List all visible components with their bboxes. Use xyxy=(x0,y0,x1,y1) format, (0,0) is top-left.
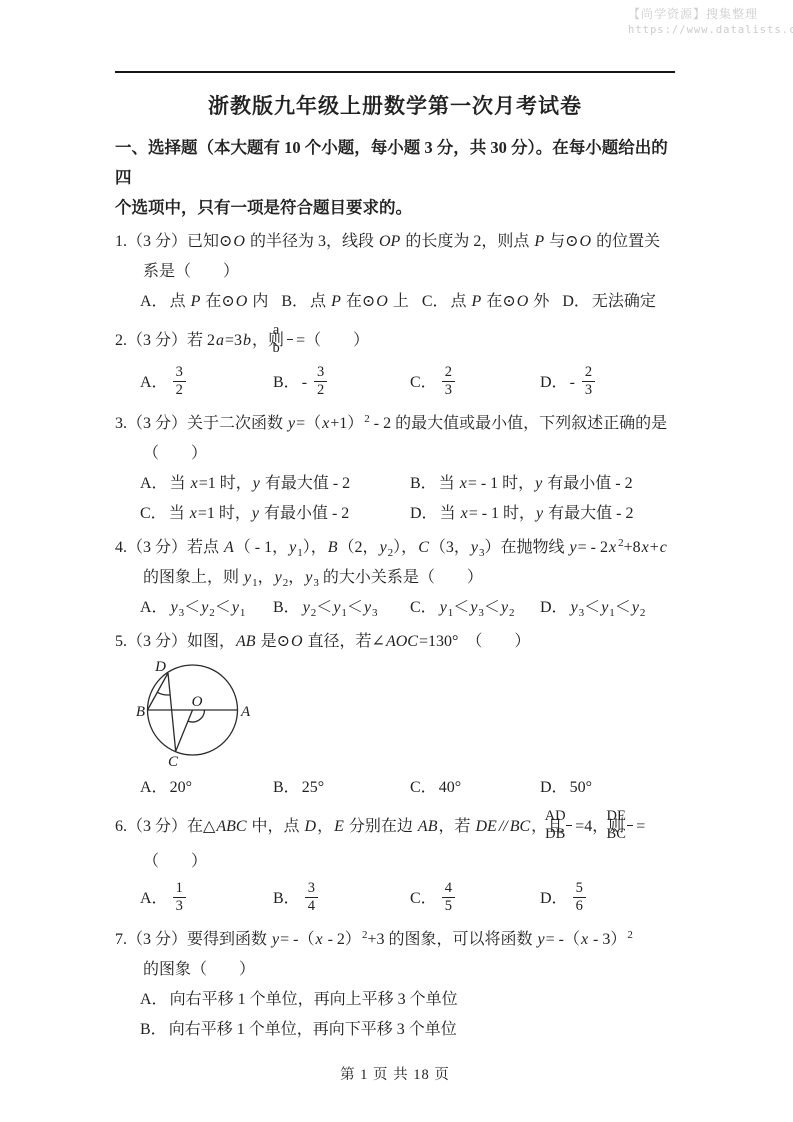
math-var: B xyxy=(328,539,338,556)
fraction-numerator: 1 xyxy=(173,881,186,898)
math-var: AB xyxy=(418,818,438,835)
text-run: （3， xyxy=(430,539,470,556)
math-var: AB xyxy=(236,633,256,650)
option-item: A．13 xyxy=(140,883,273,916)
question-item: 1.（3 分）已知⊙O 的半径为 3，线段 OP 的长度为 2，则点 P 与⊙O… xyxy=(115,227,675,317)
exam-scan-page: { "colors": { "text": "#222222", "waterm… xyxy=(0,0,793,1122)
text-run: =1 时， xyxy=(199,475,252,492)
text-run: 中，点 xyxy=(248,818,304,835)
math-var: OP xyxy=(379,233,400,250)
fraction-numerator: 2 xyxy=(582,365,595,382)
text-run: ＜ xyxy=(215,599,231,616)
fraction-denominator: 3 xyxy=(173,898,186,914)
subscript: 3 xyxy=(372,607,378,619)
math-var: x xyxy=(322,415,329,432)
text-run: ＜ xyxy=(453,599,469,616)
math-var: y xyxy=(305,569,312,586)
question-line: 5.（3 分）如图，AB 是⊙O 直径，若∠AOC=130° （ ） xyxy=(115,627,675,657)
text-run: 的位置关 xyxy=(592,233,660,250)
subscript: 2 xyxy=(509,607,515,619)
math-var: y xyxy=(333,599,340,616)
math-var: DE xyxy=(475,818,496,835)
text-run: ＜ xyxy=(615,599,631,616)
question-item: 2.（3 分）若 2a=3b，则ab=（ ）A．32B．- 32C．23D．- … xyxy=(115,321,675,405)
figure-label-C: C xyxy=(168,754,179,770)
text-run: - xyxy=(570,374,579,391)
fraction-denominator: 5 xyxy=(442,898,455,914)
text-run: （3 分）在△ xyxy=(127,818,215,835)
question-line: 1.（3 分）已知⊙O 的半径为 3，线段 OP 的长度为 2，则点 P 与⊙O… xyxy=(115,227,675,257)
option-label: D． xyxy=(540,599,568,616)
math-var: x xyxy=(642,539,649,556)
text-run: 向右平移 1 个单位，再向下平移 3 个单位 xyxy=(169,1021,457,1038)
page-number-footer: 第 1 页 共 18 页 xyxy=(115,1063,675,1084)
figure-label-D: D xyxy=(154,659,166,675)
option-item: B．34 xyxy=(273,883,410,916)
header-rule xyxy=(115,71,675,73)
option-label: C． xyxy=(410,890,437,907)
math-var: BC xyxy=(510,818,530,835)
math-var: P xyxy=(472,293,482,310)
math-var: y xyxy=(232,599,239,616)
text-run: 点 xyxy=(451,293,471,310)
text-run: 上 xyxy=(389,293,409,310)
question-number: 2. xyxy=(115,332,127,349)
text-run: 有最小值 - 2 xyxy=(260,505,349,522)
text-run: ， xyxy=(258,569,274,586)
math-var: P xyxy=(534,233,544,250)
text-run: （ ） xyxy=(143,853,207,870)
section-heading-line2: 个选项中，只有一项是符合题目要求的。 xyxy=(115,193,675,223)
option-item: B．- 32 xyxy=(273,367,410,400)
options-row: A．32B．- 32C．23D．- 23 xyxy=(115,361,675,405)
text-run: （ - 1， xyxy=(235,539,288,556)
option-item: B．当 x= - 1 时，y 有最小值 - 2 xyxy=(410,469,633,499)
chord-BD-line xyxy=(148,673,169,710)
option-label: A． xyxy=(140,779,168,796)
option-item: B．点 P 在⊙O 上 xyxy=(281,287,408,317)
math-var: y xyxy=(471,539,478,556)
options-row: A．向右平移 1 个单位，再向上平移 3 个单位 xyxy=(115,985,675,1015)
option-label: A． xyxy=(140,374,168,391)
figure-label-O: O xyxy=(192,694,203,710)
subscript: 2 xyxy=(640,607,646,619)
fraction-numerator: 3 xyxy=(305,881,318,898)
question-line: 4.（3 分）若点 A（ - 1，y1），B（2，y2），C（3，y3）在抛物线… xyxy=(115,533,675,563)
text-run: + xyxy=(650,539,659,556)
question5-circle-figure: D B A C O xyxy=(133,659,675,773)
math-var: y xyxy=(272,931,279,948)
question-line: 2.（3 分）若 2a=3b，则ab=（ ） xyxy=(115,321,675,361)
text-run: 的半径为 3，线段 xyxy=(246,233,378,250)
question-number: 5. xyxy=(115,633,127,650)
text-run: 外 xyxy=(529,293,549,310)
option-item: B．向右平移 1 个单位，再向下平移 3 个单位 xyxy=(140,1021,457,1038)
text-run: （3 分）关于二次函数 xyxy=(127,415,287,432)
option-item: B．25° xyxy=(273,773,410,803)
question-item: 5.（3 分）如图，AB 是⊙O 直径，若∠AOC=130° （ ） D B A… xyxy=(115,627,675,803)
option-label: B． xyxy=(273,374,300,391)
question-number: 4. xyxy=(115,539,127,556)
circle-diagram: D B A C O xyxy=(133,659,257,773)
math-var: C xyxy=(418,539,429,556)
question-number: 3. xyxy=(115,415,127,432)
math-var: P xyxy=(191,293,201,310)
math-var: y xyxy=(571,599,578,616)
text-run: ＜ xyxy=(347,599,363,616)
option-label: D． xyxy=(540,374,568,391)
text-run: （3 分）要得到函数 xyxy=(127,931,271,948)
option-item: A．20° xyxy=(140,773,273,803)
math-var: c xyxy=(660,539,667,556)
fraction-numerator: AD xyxy=(566,809,572,826)
option-item: D．y3＜y1＜y2 xyxy=(540,593,645,623)
math-var: O xyxy=(233,233,245,250)
fraction: ADDB xyxy=(566,809,572,842)
option-item: C．y1＜y3＜y2 xyxy=(410,593,540,623)
math-var: x xyxy=(190,505,197,522)
option-label: A． xyxy=(140,293,168,310)
text-run: 20° xyxy=(170,779,192,796)
question-line: 系是（ ） xyxy=(115,257,675,287)
math-var: y xyxy=(470,599,477,616)
math-var: x xyxy=(609,539,616,556)
text-run: （3 分）若 2 xyxy=(127,332,215,349)
math-var: P xyxy=(331,293,341,310)
question-line: 的图象上，则 y1，y2，y3 的大小关系是（ ） xyxy=(115,563,675,593)
math-var: y xyxy=(253,475,260,492)
math-var: x xyxy=(581,931,588,948)
option-item: A．32 xyxy=(140,367,273,400)
text-run: 有最小值 - 2 xyxy=(543,475,632,492)
text-run: 在⊙ xyxy=(342,293,375,310)
fraction-denominator: b xyxy=(287,340,293,356)
option-label: B． xyxy=(273,779,300,796)
text-run: 在⊙ xyxy=(482,293,515,310)
option-label: B． xyxy=(410,475,437,492)
fraction-numerator: 2 xyxy=(442,365,455,382)
text-run: +3 的图象，可以将函数 xyxy=(367,931,536,948)
math-var: y xyxy=(440,599,447,616)
text-run: +1） xyxy=(330,415,363,432)
text-run: 的长度为 2，则点 xyxy=(401,233,533,250)
option-item: D．56 xyxy=(540,883,589,916)
radius-OC-line xyxy=(176,710,193,751)
fraction-numerator: 3 xyxy=(314,365,327,382)
option-label: C． xyxy=(410,779,437,796)
figure-label-B: B xyxy=(136,704,145,720)
text-run: ）， xyxy=(393,539,417,556)
text-run: 向右平移 1 个单位，再向上平移 3 个单位 xyxy=(170,991,458,1008)
text-run: = -（ xyxy=(280,931,314,948)
fraction: 13 xyxy=(173,881,186,914)
question-line: 6.（3 分）在△ABC 中，点 D，E 分别在边 AB，若 DE//BC，且A… xyxy=(115,807,675,847)
option-item: A．向右平移 1 个单位，再向上平移 3 个单位 xyxy=(140,991,458,1008)
option-label: C． xyxy=(140,505,167,522)
fraction-denominator: 2 xyxy=(173,382,186,398)
text-run: ，若 xyxy=(438,818,474,835)
fraction-numerator: DE xyxy=(627,809,633,826)
text-run: 当 xyxy=(440,505,460,522)
text-run: ＜ xyxy=(184,599,200,616)
fraction: 45 xyxy=(442,881,455,914)
fraction: 32 xyxy=(173,365,186,398)
option-label: D． xyxy=(540,779,568,796)
text-run: 的图象上，则 xyxy=(143,569,243,586)
math-var: y xyxy=(171,599,178,616)
fraction-denominator: 6 xyxy=(573,898,586,914)
math-var: AOC xyxy=(386,633,418,650)
fraction: DEBC xyxy=(627,809,633,842)
question-list: 1.（3 分）已知⊙O 的半径为 3，线段 OP 的长度为 2，则点 P 与⊙O… xyxy=(115,227,675,1045)
option-item: A．点 P 在⊙O 内 xyxy=(140,287,268,317)
question-line: 7.（3 分）要得到函数 y= -（x - 2）2+3 的图象，可以将函数 y=… xyxy=(115,925,675,955)
question-item: 3.（3 分）关于二次函数 y=（x+1）2 - 2 的最大值或最小值，下列叙述… xyxy=(115,409,675,529)
math-var: O xyxy=(376,293,388,310)
option-label: D． xyxy=(410,505,438,522)
text-run: 点 xyxy=(310,293,330,310)
math-var: y xyxy=(244,569,251,586)
text-run: = - 1 时， xyxy=(469,505,535,522)
math-var: D xyxy=(305,818,317,835)
text-run: 在⊙ xyxy=(201,293,234,310)
math-var: // xyxy=(499,818,508,835)
math-var: y xyxy=(201,599,208,616)
math-var: E xyxy=(334,818,344,835)
fraction: ab xyxy=(287,323,293,356)
math-var: y xyxy=(289,539,296,556)
text-run: = -（ xyxy=(546,931,580,948)
text-run: - 2 的最大值或最小值，下列叙述正确的是 xyxy=(370,415,667,432)
option-item: A．y3＜y2＜y1 xyxy=(140,593,273,623)
math-var: y xyxy=(536,505,543,522)
option-label: B． xyxy=(273,599,300,616)
option-item: C．45 xyxy=(410,883,540,916)
text-run: 当 xyxy=(169,505,189,522)
text-run: ＜ xyxy=(484,599,500,616)
fraction-denominator: BC xyxy=(627,826,633,842)
exam-page-content: 浙教版九年级上册数学第一次月考试卷 一、选择题（本大题有 10 个小题，每小题 … xyxy=(115,0,675,1084)
option-label: B． xyxy=(273,890,300,907)
options-row: A．当 x=1 时，y 有最大值 - 2B．当 x= - 1 时，y 有最小值 … xyxy=(115,469,675,499)
text-run: ）在抛物线 xyxy=(484,539,568,556)
text-run: 有最大值 - 2 xyxy=(261,475,350,492)
text-run: - 2） xyxy=(324,931,361,948)
text-run: （3 分）已知⊙ xyxy=(127,233,232,250)
subscript: 1 xyxy=(240,607,246,619)
text-run: 内 xyxy=(248,293,268,310)
text-run: +8 xyxy=(624,539,641,556)
option-label: D． xyxy=(562,293,590,310)
math-var: O xyxy=(236,293,248,310)
text-run: （3 分）如图， xyxy=(127,633,235,650)
option-item: C．40° xyxy=(410,773,540,803)
math-var: x xyxy=(191,475,198,492)
fraction-numerator: 5 xyxy=(573,881,586,898)
question-item: 4.（3 分）若点 A（ - 1，y1），B（2，y2），C（3，y3）在抛物线… xyxy=(115,533,675,623)
option-item: D．当 x= - 1 时，y 有最大值 - 2 xyxy=(410,499,634,529)
option-label: B． xyxy=(140,1021,167,1038)
fraction-denominator: 3 xyxy=(582,382,595,398)
option-item: D．50° xyxy=(540,773,592,803)
fraction-denominator: 2 xyxy=(314,382,327,398)
math-var: O xyxy=(517,293,529,310)
text-run: 有最大值 - 2 xyxy=(544,505,633,522)
section-heading-line1: 一、选择题（本大题有 10 个小题，每小题 3 分，共 30 分）。在每小题给出… xyxy=(115,133,675,193)
math-var: y xyxy=(570,539,577,556)
math-var: y xyxy=(275,569,282,586)
text-run: =（ ） xyxy=(296,332,369,349)
option-label: A． xyxy=(140,991,168,1008)
math-var: y xyxy=(288,415,295,432)
superscript: 2 xyxy=(627,929,633,941)
text-run: =130° （ ） xyxy=(419,633,530,650)
fraction-denominator: DB xyxy=(566,826,572,842)
text-run: =1 时， xyxy=(198,505,251,522)
question-line: 的图象（ ） xyxy=(115,955,675,985)
option-label: A． xyxy=(140,890,168,907)
math-var: y xyxy=(632,599,639,616)
option-label: D． xyxy=(540,890,568,907)
option-label: C． xyxy=(410,599,437,616)
question-line: （ ） xyxy=(115,439,675,469)
text-run: 无法确定 xyxy=(592,293,656,310)
text-run: 直径，若∠ xyxy=(304,633,385,650)
text-run: 分别在边 xyxy=(345,818,417,835)
fraction: 56 xyxy=(573,881,586,914)
math-var: y xyxy=(380,539,387,556)
question-item: 7.（3 分）要得到函数 y= -（x - 2）2+3 的图象，可以将函数 y=… xyxy=(115,925,675,1045)
text-run: ， xyxy=(317,818,333,835)
text-run: =3 xyxy=(225,332,242,349)
text-run: ＜ xyxy=(316,599,332,616)
text-run: ）， xyxy=(303,539,327,556)
text-run: （ ） xyxy=(143,445,207,462)
option-item: D．无法确定 xyxy=(562,287,656,317)
option-label: B． xyxy=(281,293,308,310)
math-var: x xyxy=(461,505,468,522)
math-var: a xyxy=(216,332,224,349)
math-var: y xyxy=(535,475,542,492)
text-run: 的大小关系是（ ） xyxy=(319,569,483,586)
math-var: x xyxy=(315,931,322,948)
figure-label-A: A xyxy=(240,704,251,720)
option-item: B．y2＜y1＜y3 xyxy=(273,593,410,623)
options-row: C．当 x=1 时，y 有最小值 - 2D．当 x= - 1 时，y 有最大值 … xyxy=(115,499,675,529)
math-var: b xyxy=(243,332,251,349)
option-label: A． xyxy=(140,475,168,492)
fraction-numerator: 4 xyxy=(442,881,455,898)
option-label: A． xyxy=(140,599,168,616)
option-label: C． xyxy=(410,374,437,391)
option-label: C． xyxy=(422,293,449,310)
fraction: 23 xyxy=(442,365,455,398)
text-run: = - 2 xyxy=(578,539,608,556)
exam-title: 浙教版九年级上册数学第一次月考试卷 xyxy=(115,91,675,121)
option-item: C．23 xyxy=(410,367,540,400)
question-line: 3.（3 分）关于二次函数 y=（x+1）2 - 2 的最大值或最小值，下列叙述… xyxy=(115,409,675,439)
option-item: C．当 x=1 时，y 有最小值 - 2 xyxy=(140,499,410,529)
math-var: y xyxy=(364,599,371,616)
math-var: O xyxy=(580,233,592,250)
fraction: 23 xyxy=(582,365,595,398)
text-run: =（ xyxy=(296,415,321,432)
section-heading: 一、选择题（本大题有 10 个小题，每小题 3 分，共 30 分）。在每小题给出… xyxy=(115,133,675,223)
text-run: 当 xyxy=(170,475,190,492)
text-run: 50° xyxy=(570,779,592,796)
question-item: 6.（3 分）在△ABC 中，点 D，E 分别在边 AB，若 DE//BC，且A… xyxy=(115,807,675,921)
options-row: A．13B．34C．45D．56 xyxy=(115,877,675,921)
math-var: y xyxy=(303,599,310,616)
options-row: A．20°B．25°C．40°D．50° xyxy=(115,773,675,803)
math-var: A xyxy=(224,539,234,556)
text-run: 的图象（ ） xyxy=(143,961,255,978)
math-var: y xyxy=(601,599,608,616)
text-run: 与⊙ xyxy=(545,233,578,250)
options-row: B．向右平移 1 个单位，再向下平移 3 个单位 xyxy=(115,1015,675,1045)
math-var: O xyxy=(291,633,303,650)
question-number: 6. xyxy=(115,818,127,835)
math-var: y xyxy=(537,931,544,948)
text-run: 当 xyxy=(439,475,459,492)
text-run: = xyxy=(636,818,645,835)
text-run: （3 分）若点 xyxy=(127,539,223,556)
text-run: - 3） xyxy=(589,931,626,948)
option-item: C．点 P 在⊙O 外 xyxy=(422,287,549,317)
text-run: - xyxy=(302,374,311,391)
question-line: （ ） xyxy=(115,847,675,877)
fraction-numerator: 3 xyxy=(173,365,186,382)
math-var: y xyxy=(252,505,259,522)
question-number: 1. xyxy=(115,233,127,250)
fraction: 34 xyxy=(305,881,318,914)
fraction-denominator: 3 xyxy=(442,382,455,398)
angle-mark-at-D xyxy=(157,692,170,695)
text-run: 系是（ ） xyxy=(143,263,239,280)
fraction-numerator: a xyxy=(287,323,293,340)
text-run: 40° xyxy=(439,779,461,796)
text-run: ＜ xyxy=(584,599,600,616)
chord-DC-line xyxy=(168,673,176,751)
option-item: D．- 23 xyxy=(540,367,598,400)
question-number: 7. xyxy=(115,931,127,948)
fraction-denominator: 4 xyxy=(305,898,318,914)
text-run: 是⊙ xyxy=(257,633,290,650)
text-run: 点 xyxy=(170,293,190,310)
text-run: （2， xyxy=(339,539,379,556)
options-row: A．点 P 在⊙O 内B．点 P 在⊙O 上C．点 P 在⊙O 外D．无法确定 xyxy=(115,287,675,317)
options-row: A．y3＜y2＜y1B．y2＜y1＜y3C．y1＜y3＜y2D．y3＜y1＜y2 xyxy=(115,593,675,623)
math-var: y xyxy=(501,599,508,616)
fraction: 32 xyxy=(314,365,327,398)
option-item: A．当 x=1 时，y 有最大值 - 2 xyxy=(140,469,410,499)
math-var: x xyxy=(460,475,467,492)
text-run: 25° xyxy=(302,779,324,796)
text-run: ， xyxy=(288,569,304,586)
math-var: ABC xyxy=(216,818,246,835)
text-run: = - 1 时， xyxy=(468,475,534,492)
